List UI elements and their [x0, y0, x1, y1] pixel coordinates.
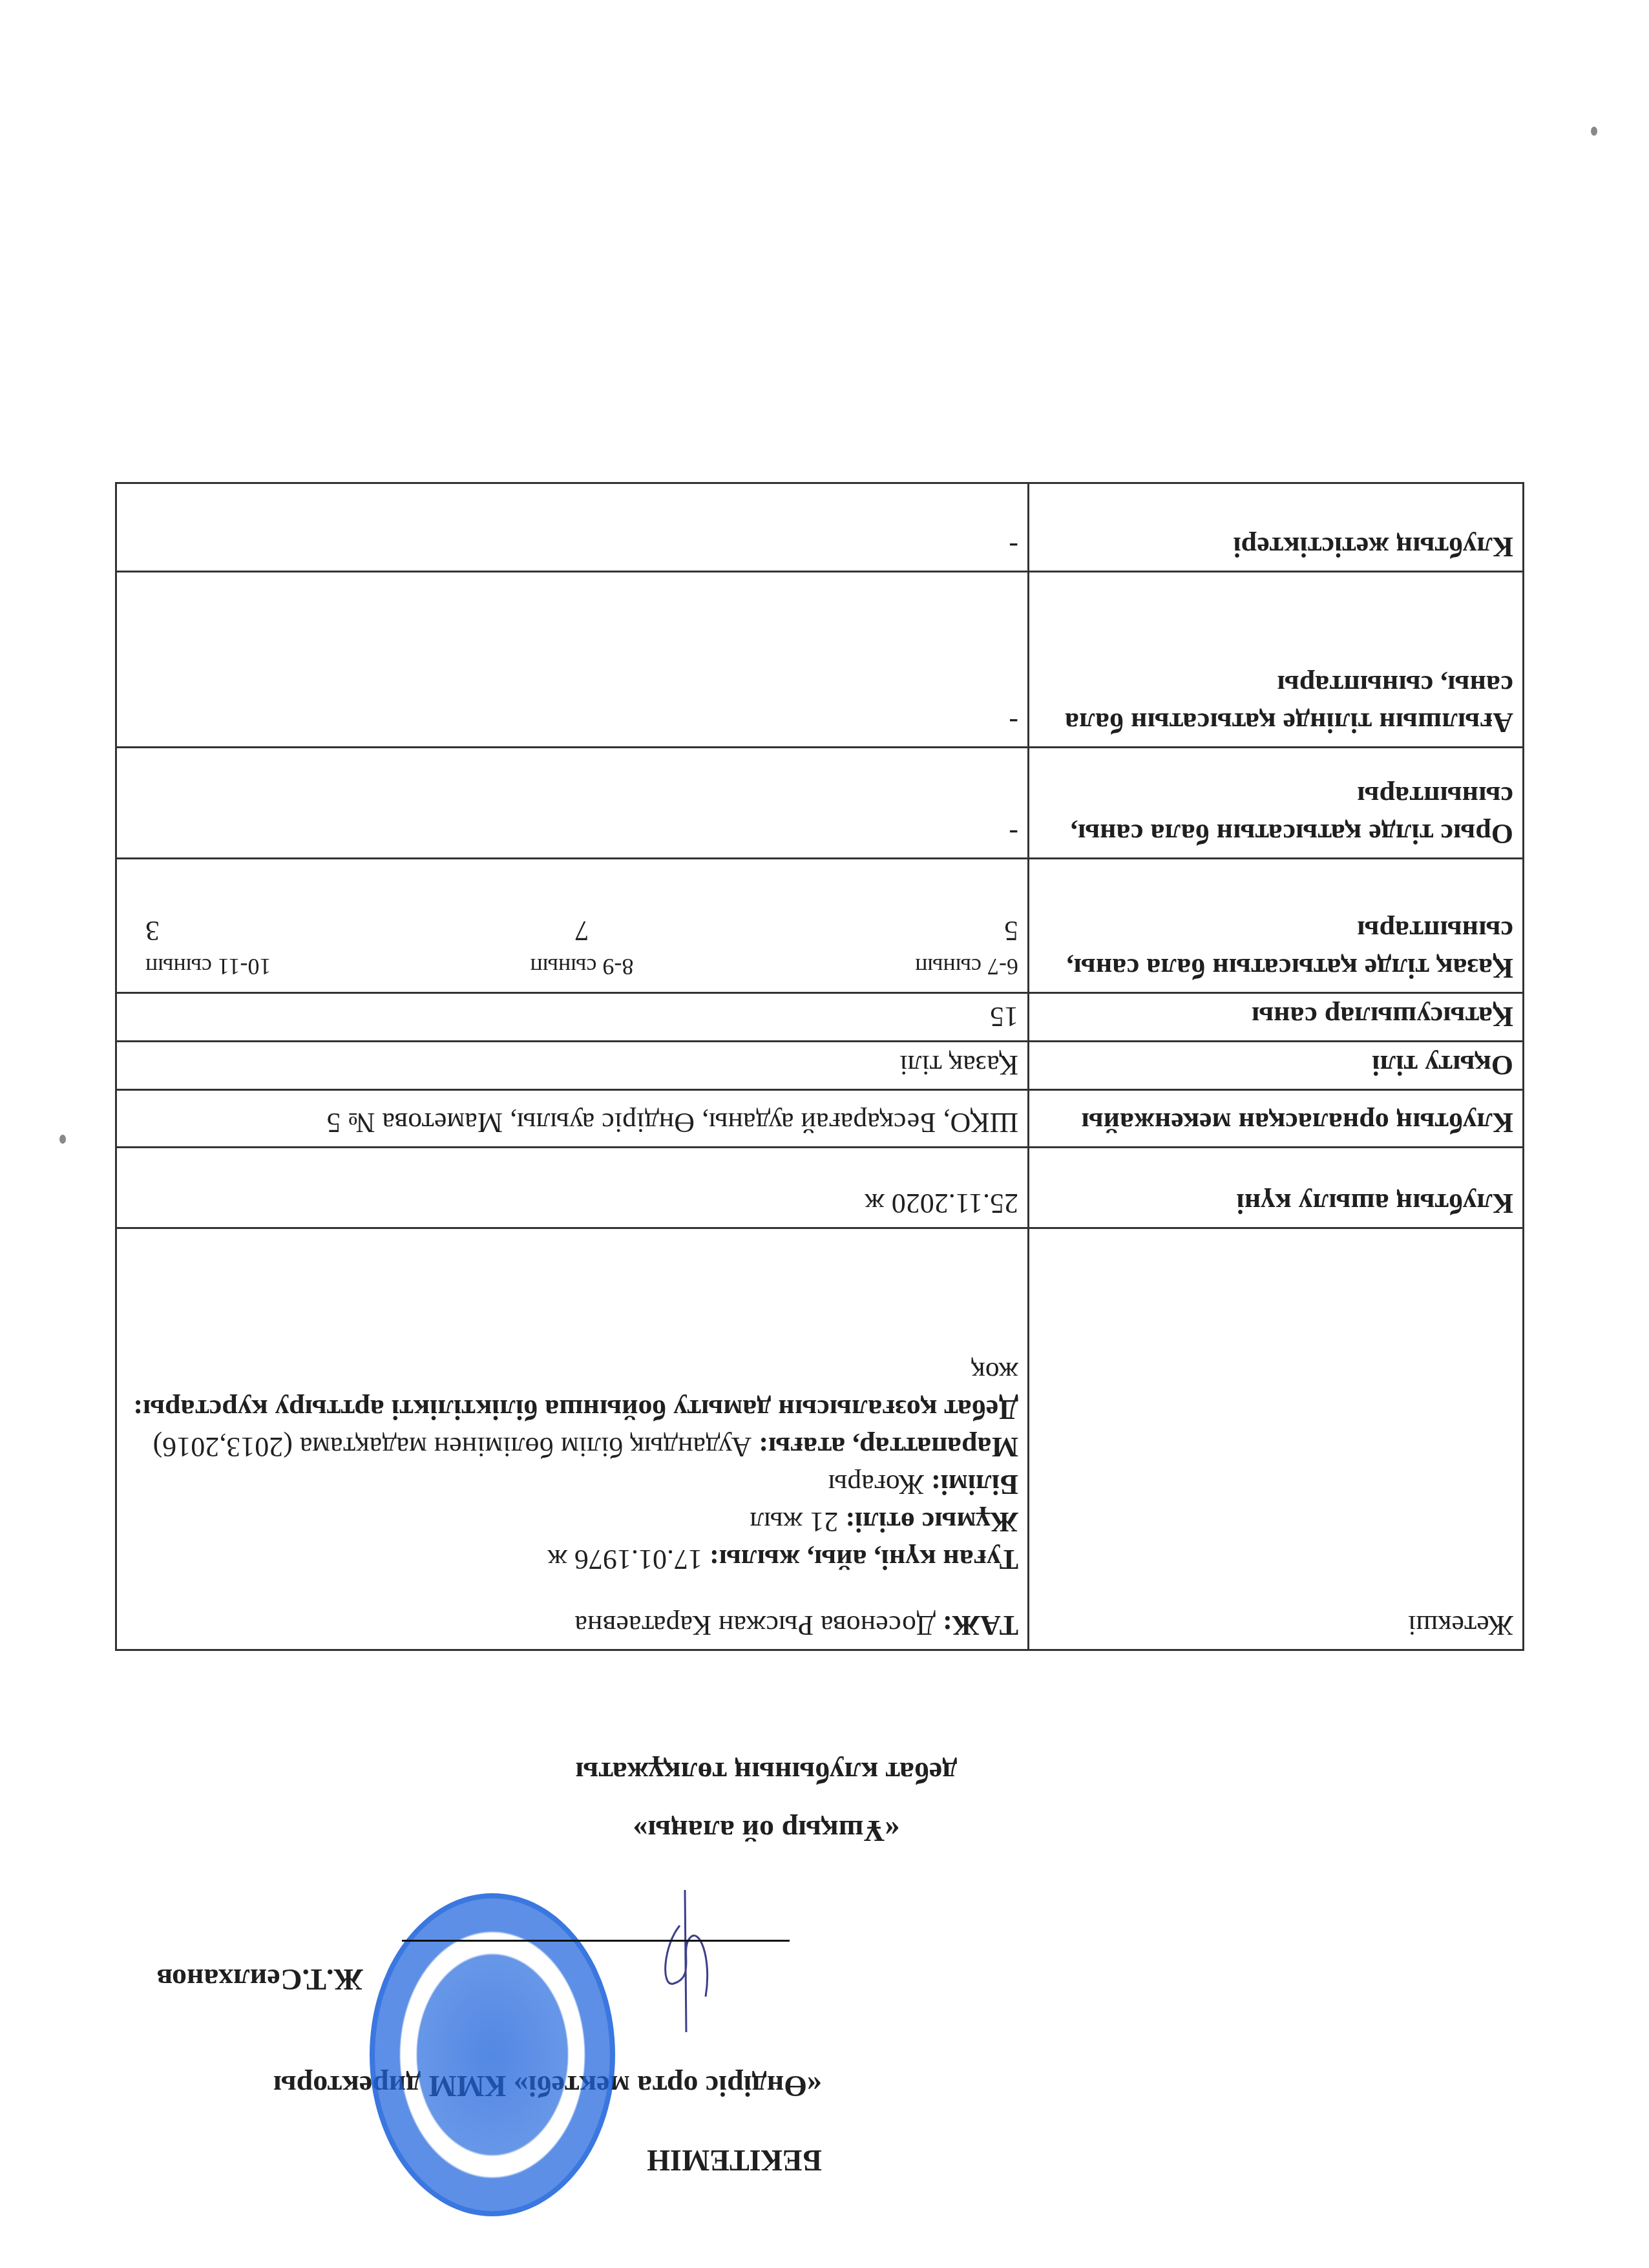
row-label: Клубтың орналасқан мекенжайы — [1029, 1090, 1524, 1148]
leader-experience: Жұмыс өтілі: 21 жыл — [126, 1503, 1018, 1540]
row-label: Ағылшын тілінде қатысатын бала саны, сын… — [1029, 571, 1524, 747]
scan-speck — [1591, 127, 1597, 136]
row-value: - — [116, 747, 1029, 858]
grade-breakdown: 6-7 сынып5 8-9 сынып7 10-11 сынып3 — [116, 858, 1029, 992]
leader-info: ТАЖ: Досенова Рысжан Каратаевна Туған кү… — [116, 1228, 1029, 1650]
table-row: Ағылшын тілінде қатысатын бала саны, сын… — [116, 571, 1524, 747]
row-label: Оқыту тілі — [1029, 1041, 1524, 1089]
row-label: Қатысушылар саны — [1029, 992, 1524, 1041]
row-label: Жетекші — [1029, 1228, 1524, 1650]
leader-birthdate: Туған күні, айы, жылы: 17.01.1976 ж — [126, 1540, 1018, 1578]
row-value: 25.11.2020 ж — [116, 1148, 1029, 1228]
table-row: Клубтың жетістіктері - — [116, 483, 1524, 571]
row-label: Клубтың ашылу күні — [1029, 1148, 1524, 1228]
table-row: Қазақ тілде қатысатын бала саны, сыныпта… — [116, 858, 1524, 992]
approval-heading: БЕКІТЕМІН — [647, 2143, 822, 2178]
row-value: 15 — [116, 992, 1029, 1041]
row-label: Орыс тілде қатысатын бала саны, сыныптар… — [1029, 747, 1524, 858]
row-label: Қазақ тілде қатысатын бала саны, сыныпта… — [1029, 858, 1524, 992]
club-passport-table: Жетекші ТАЖ: Досенова Рысжан Каратаевна … — [115, 482, 1524, 1651]
leader-awards: Марапаттар, атағы: Аудандық білім бөлімі… — [126, 1428, 1018, 1465]
table-row: Клубтың ашылу күні 25.11.2020 ж — [116, 1148, 1524, 1228]
table-row: Жетекші ТАЖ: Досенова Рысжан Каратаевна … — [116, 1228, 1524, 1650]
row-value: - — [116, 571, 1029, 747]
row-value: Қазақ тілі — [116, 1041, 1029, 1089]
leader-education: Білімі: Жоғары — [126, 1465, 1018, 1503]
director-name: Ж.Т.Сеилханов — [156, 1962, 363, 1997]
table-row: Орыс тілде қатысатын бала саны, сыныптар… — [116, 747, 1524, 858]
table-row: Оқыту тілі Қазақ тілі — [116, 1041, 1524, 1089]
row-value: - — [116, 483, 1029, 571]
row-value: ШҚО, Бесқарағай ауданы, Өндіріс ауылы, М… — [116, 1090, 1029, 1148]
scan-speck — [59, 1135, 66, 1144]
leader-name: ТАЖ: Досенова Рысжан Каратаевна — [126, 1606, 1018, 1644]
leader-courses: Дебат қозғалысын дамыту бойынша біліктіл… — [126, 1352, 1018, 1427]
grade-group: 6-7 сынып5 — [728, 912, 1018, 987]
signature-icon — [647, 1887, 725, 2035]
club-name: «Ұшқыр ой алаңы» — [0, 1814, 1649, 1848]
signature-line — [402, 1940, 790, 1942]
grade-group: 8-9 сынып7 — [436, 912, 727, 987]
grade-group: 10-11 сынып3 — [145, 912, 436, 987]
table-row: Клубтың орналасқан мекенжайы ШҚО, Бесқар… — [116, 1090, 1524, 1148]
document-subtitle: дебат клубының төлқұжаты — [0, 1756, 1649, 1790]
table-row: Қатысушылар саны 15 — [116, 992, 1524, 1041]
official-stamp-icon — [370, 1893, 615, 2216]
document-page: БЕКІТЕМІН «Өндіріс орта мектебі» КММ дир… — [0, 0, 1649, 2268]
row-label: Клубтың жетістіктері — [1029, 483, 1524, 571]
